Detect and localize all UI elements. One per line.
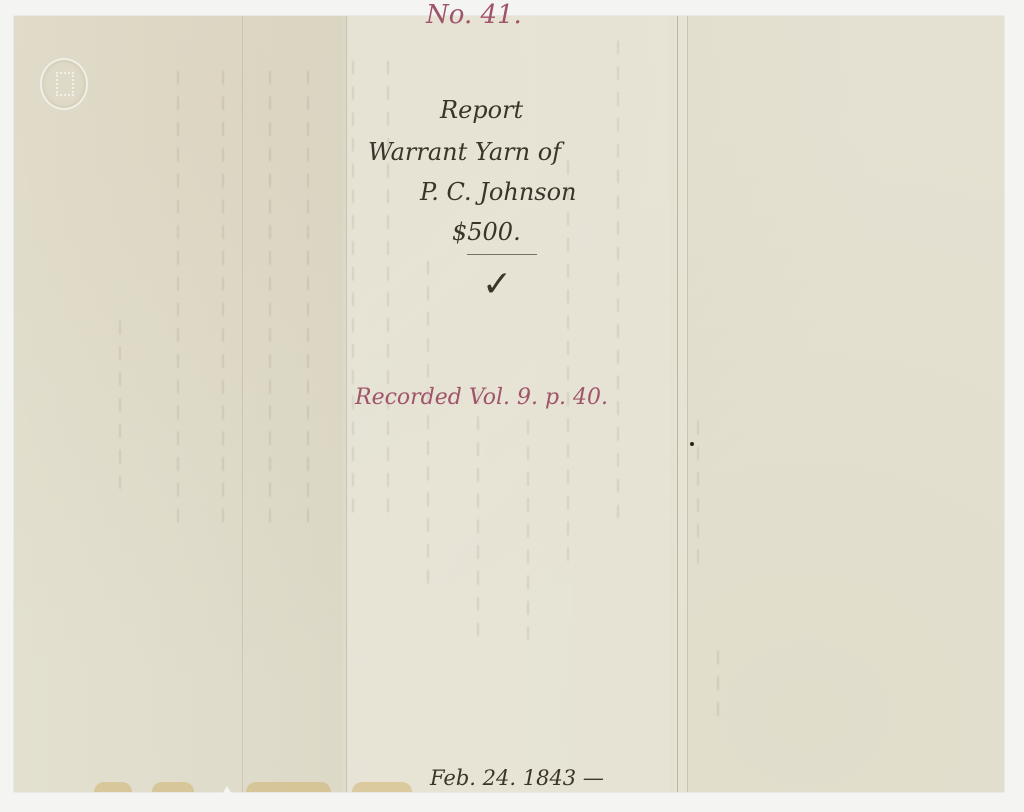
bleed-through-column: — — — — — — — — — — — — — — — — — — [262, 70, 280, 526]
bleed-through-column: — — — — — — — — — — — — — — — — — — [300, 70, 318, 526]
bleed-through-column: — — — — — — — [112, 320, 130, 493]
document-subject: Warrant Yarn of [368, 138, 561, 166]
bleed-through-column: — — — — — — — — — — — — — — — — — — [345, 60, 363, 516]
document-title: Report [440, 96, 523, 124]
water-stain [152, 782, 194, 792]
bleed-through-column: — — — — — — — — — — [470, 390, 488, 640]
document-date: Feb. 24. 1843 — [430, 766, 604, 790]
grantee-name: P. C. Johnson [420, 178, 577, 206]
bleed-through-column: — — — — — — — — — — — — — — — — [560, 160, 578, 565]
divider-rule [467, 254, 537, 255]
water-stain [246, 782, 331, 792]
document-number: No. 41. [426, 0, 522, 30]
bleed-through-column: — — — [710, 650, 728, 720]
bleed-through-column: — — — — — — — — — — — — — — — — — — [215, 70, 233, 526]
fold-line-left [242, 16, 243, 792]
bleed-through-column: — — — — — — — — — — — — — [420, 260, 438, 587]
fold-line-right [677, 16, 678, 792]
water-stain [352, 782, 412, 792]
bleed-through-column: — — — — — — — — — [520, 420, 538, 644]
bleed-through-column: — — — — — — — — — — — — — — — — — — [170, 70, 188, 526]
check-mark-icon: ✓ [482, 264, 512, 305]
recorded-note: Recorded Vol. 9. p. 40. [355, 385, 608, 410]
warrant-amount: $500. [452, 218, 521, 246]
embossed-seal-icon [40, 58, 88, 110]
water-stain [94, 782, 132, 792]
bleed-through-column: — — — — — — — — — — — — — — — — — — — [610, 40, 628, 522]
bleed-through-column: — — — — — — [690, 420, 708, 567]
bleed-through-column: — — — — — — — — — — — — — — — — — — [380, 60, 398, 516]
